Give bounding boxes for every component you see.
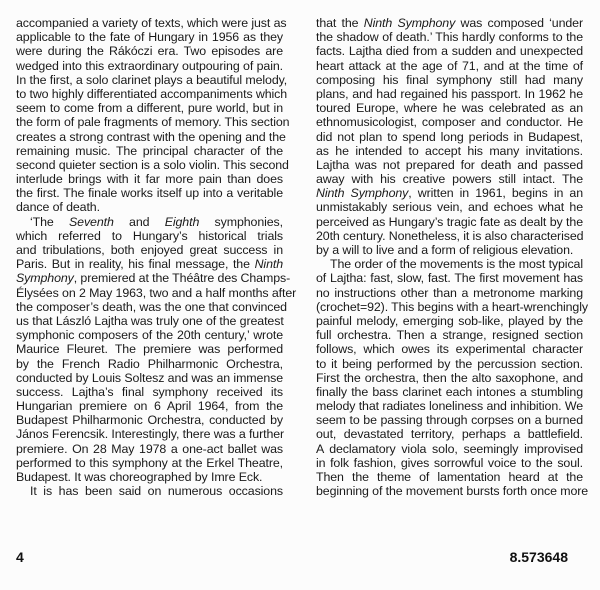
text-line: Maurice Fleuret. The premiere was perfor… [16, 342, 283, 356]
text-line: Lajtha was not prepared for death and pa… [316, 158, 583, 172]
text-column-right: that the Ninth Symphony was composed ‘un… [316, 16, 583, 498]
text-line: to two highly differentiated accompanime… [16, 87, 283, 101]
text-line: of Lajtha: fast, slow, fast. The first m… [316, 271, 583, 285]
text-line: creates a strong contrast with the openi… [16, 130, 283, 144]
document-page: accompanied a variety of texts, which we… [0, 0, 600, 590]
text-line: Budapest Philharmonic Orchestra, conduct… [16, 413, 283, 427]
text-line: the shadow of death.’ This hardly confor… [316, 30, 583, 44]
text-line: interlude brings with it far more pain t… [16, 172, 283, 186]
text-line: premiere. On 28 May 1978 a one-act balle… [16, 442, 283, 456]
work-title-italic: Seventh [69, 215, 114, 229]
text-line: perceived as Hungary’s tragic fate as de… [316, 215, 583, 229]
paragraph-start-line: It is has been said on numerous occasion… [16, 484, 283, 498]
paragraph-start-line: The order of the movements is the most t… [316, 257, 583, 271]
text-line: symphonic composers of the 20th century,… [16, 328, 283, 342]
text-column-left: accompanied a variety of texts, which we… [16, 16, 283, 498]
text-line: second quieter section is a solo violin.… [16, 158, 283, 172]
text-line: In the first, a solo clarinet plays a be… [16, 73, 283, 87]
text-line: in folk fashion, gives sorrowful voice t… [316, 456, 583, 470]
text-line: First the orchestra, then the alto saxop… [316, 371, 583, 385]
text-line: follows, which owes its experimental cha… [316, 342, 583, 356]
text-line: Ninth Symphony, written in 1961, begins … [316, 186, 583, 200]
text-line: wedged into this extraordinary outpourin… [16, 59, 283, 73]
text-line: heart attack at the age of 71, and at th… [316, 59, 583, 73]
page-number: 4 [16, 549, 24, 565]
paragraph-end-line: dance of death. [16, 200, 283, 214]
text-line: A declamatory viola solo, seemingly impr… [316, 442, 583, 456]
text-line: to it being performed by the percussion … [316, 357, 583, 371]
text-line: that the Ninth Symphony was composed ‘un… [316, 16, 583, 30]
text-line: were during the Rákóczi era. Two episode… [16, 44, 283, 58]
text-line: Symphony, premiered at the Théâtre des C… [16, 271, 283, 285]
text-line: as he intended to accept his many invita… [316, 144, 583, 158]
text-line: out, devastated territory, perhaps a bat… [316, 427, 583, 441]
text-line: finally the bass clarinet each intones a… [316, 385, 583, 399]
text-line: painful melody, emerging sob-like, playe… [316, 314, 583, 328]
text-line: János Ferencsik. Interestingly, there wa… [16, 427, 283, 441]
text-line: Then the theme of lamentation heard at t… [316, 470, 583, 484]
text-line: melody that radiates loneliness and inhi… [316, 399, 583, 413]
text-line: ethnomusicologist, composer and conducto… [316, 115, 583, 129]
text-line: away with his creative powers still inta… [316, 172, 583, 186]
quote-paragraph-start: ‘The Seventh and Eighth symphonies, [16, 215, 283, 229]
text-run: was composed ‘under [455, 16, 583, 30]
text-line: facts. Lajtha died from a sudden and une… [316, 44, 583, 58]
text-line: Élysées on 2 May 1963, two and a half mo… [16, 286, 283, 300]
text-line: the composer’s death, was the one that c… [16, 300, 283, 314]
text-line: seem to be passing through corpses on a … [316, 413, 583, 427]
text-line: full orchestra. Then a strange, resigned… [316, 328, 583, 342]
work-title-italic: Symphony [16, 271, 74, 285]
text-line: applicable to the fate of Hungary in 195… [16, 30, 283, 44]
text-run: ‘The [30, 215, 69, 229]
text-line: unmistakably serious vein, and echoes wh… [316, 200, 583, 214]
text-run: symphonies, [199, 215, 283, 229]
text-run: , written in 1961, begins in an [408, 186, 583, 200]
text-line: conducted by Louis Soltesz and was an im… [16, 371, 283, 385]
text-line: seem to come from a different, pure worl… [16, 101, 283, 115]
work-title-italic: Ninth Symphony [364, 16, 455, 30]
work-title-italic: Ninth Symphony [316, 186, 408, 200]
text-line: toured Europe, where he was celebrated a… [316, 101, 583, 115]
text-line: composing his final symphony still had m… [316, 73, 583, 87]
text-line: 20th century. Nonetheless, it is also ch… [316, 229, 583, 243]
text-run: and [114, 215, 165, 229]
text-line: performed to this symphony at the Erkel … [16, 456, 283, 470]
catalogue-number: 8.573648 [510, 549, 568, 565]
paragraph-end-line: by a will to live and a form of religiou… [316, 243, 583, 257]
text-line: plans, and had regained his passport. In… [316, 87, 583, 101]
text-line: the form of pale fragments of memory. Th… [16, 115, 283, 129]
text-line: did not plan to spend long periods in Bu… [316, 130, 583, 144]
text-line: and tribulations, both enjoyed great suc… [16, 243, 283, 257]
text-line: by the French Radio Philharmonic Orchest… [16, 357, 283, 371]
text-line: us that László Lajtha was truly one of t… [16, 314, 283, 328]
text-line: beginning of the movement bursts forth o… [316, 484, 583, 498]
text-line: no instructions other than a metronome m… [316, 286, 583, 300]
text-run: , premiered at the Théâtre des Champs- [74, 271, 290, 285]
text-line: Hungarian premiere on 6 April 1964, from… [16, 399, 283, 413]
text-line: which referred to Hungary’s historical t… [16, 229, 283, 243]
paragraph-end-line: Budapest. It was choreographed by Imre E… [16, 470, 283, 484]
text-line: (crochet=92). This begins with a heart-w… [316, 300, 583, 314]
text-run: Paris. But in reality, his final message… [16, 257, 255, 271]
text-line: the first. The finale works itself up in… [16, 186, 283, 200]
text-line: remaining music. The principal character… [16, 144, 283, 158]
text-line: Paris. But in reality, his final message… [16, 257, 283, 271]
text-line: accompanied a variety of texts, which we… [16, 16, 283, 30]
text-run: that the [316, 16, 364, 30]
work-title-italic: Ninth [255, 257, 283, 271]
text-line: success. Lajtha’s final symphony receive… [16, 385, 283, 399]
work-title-italic: Eighth [165, 215, 200, 229]
